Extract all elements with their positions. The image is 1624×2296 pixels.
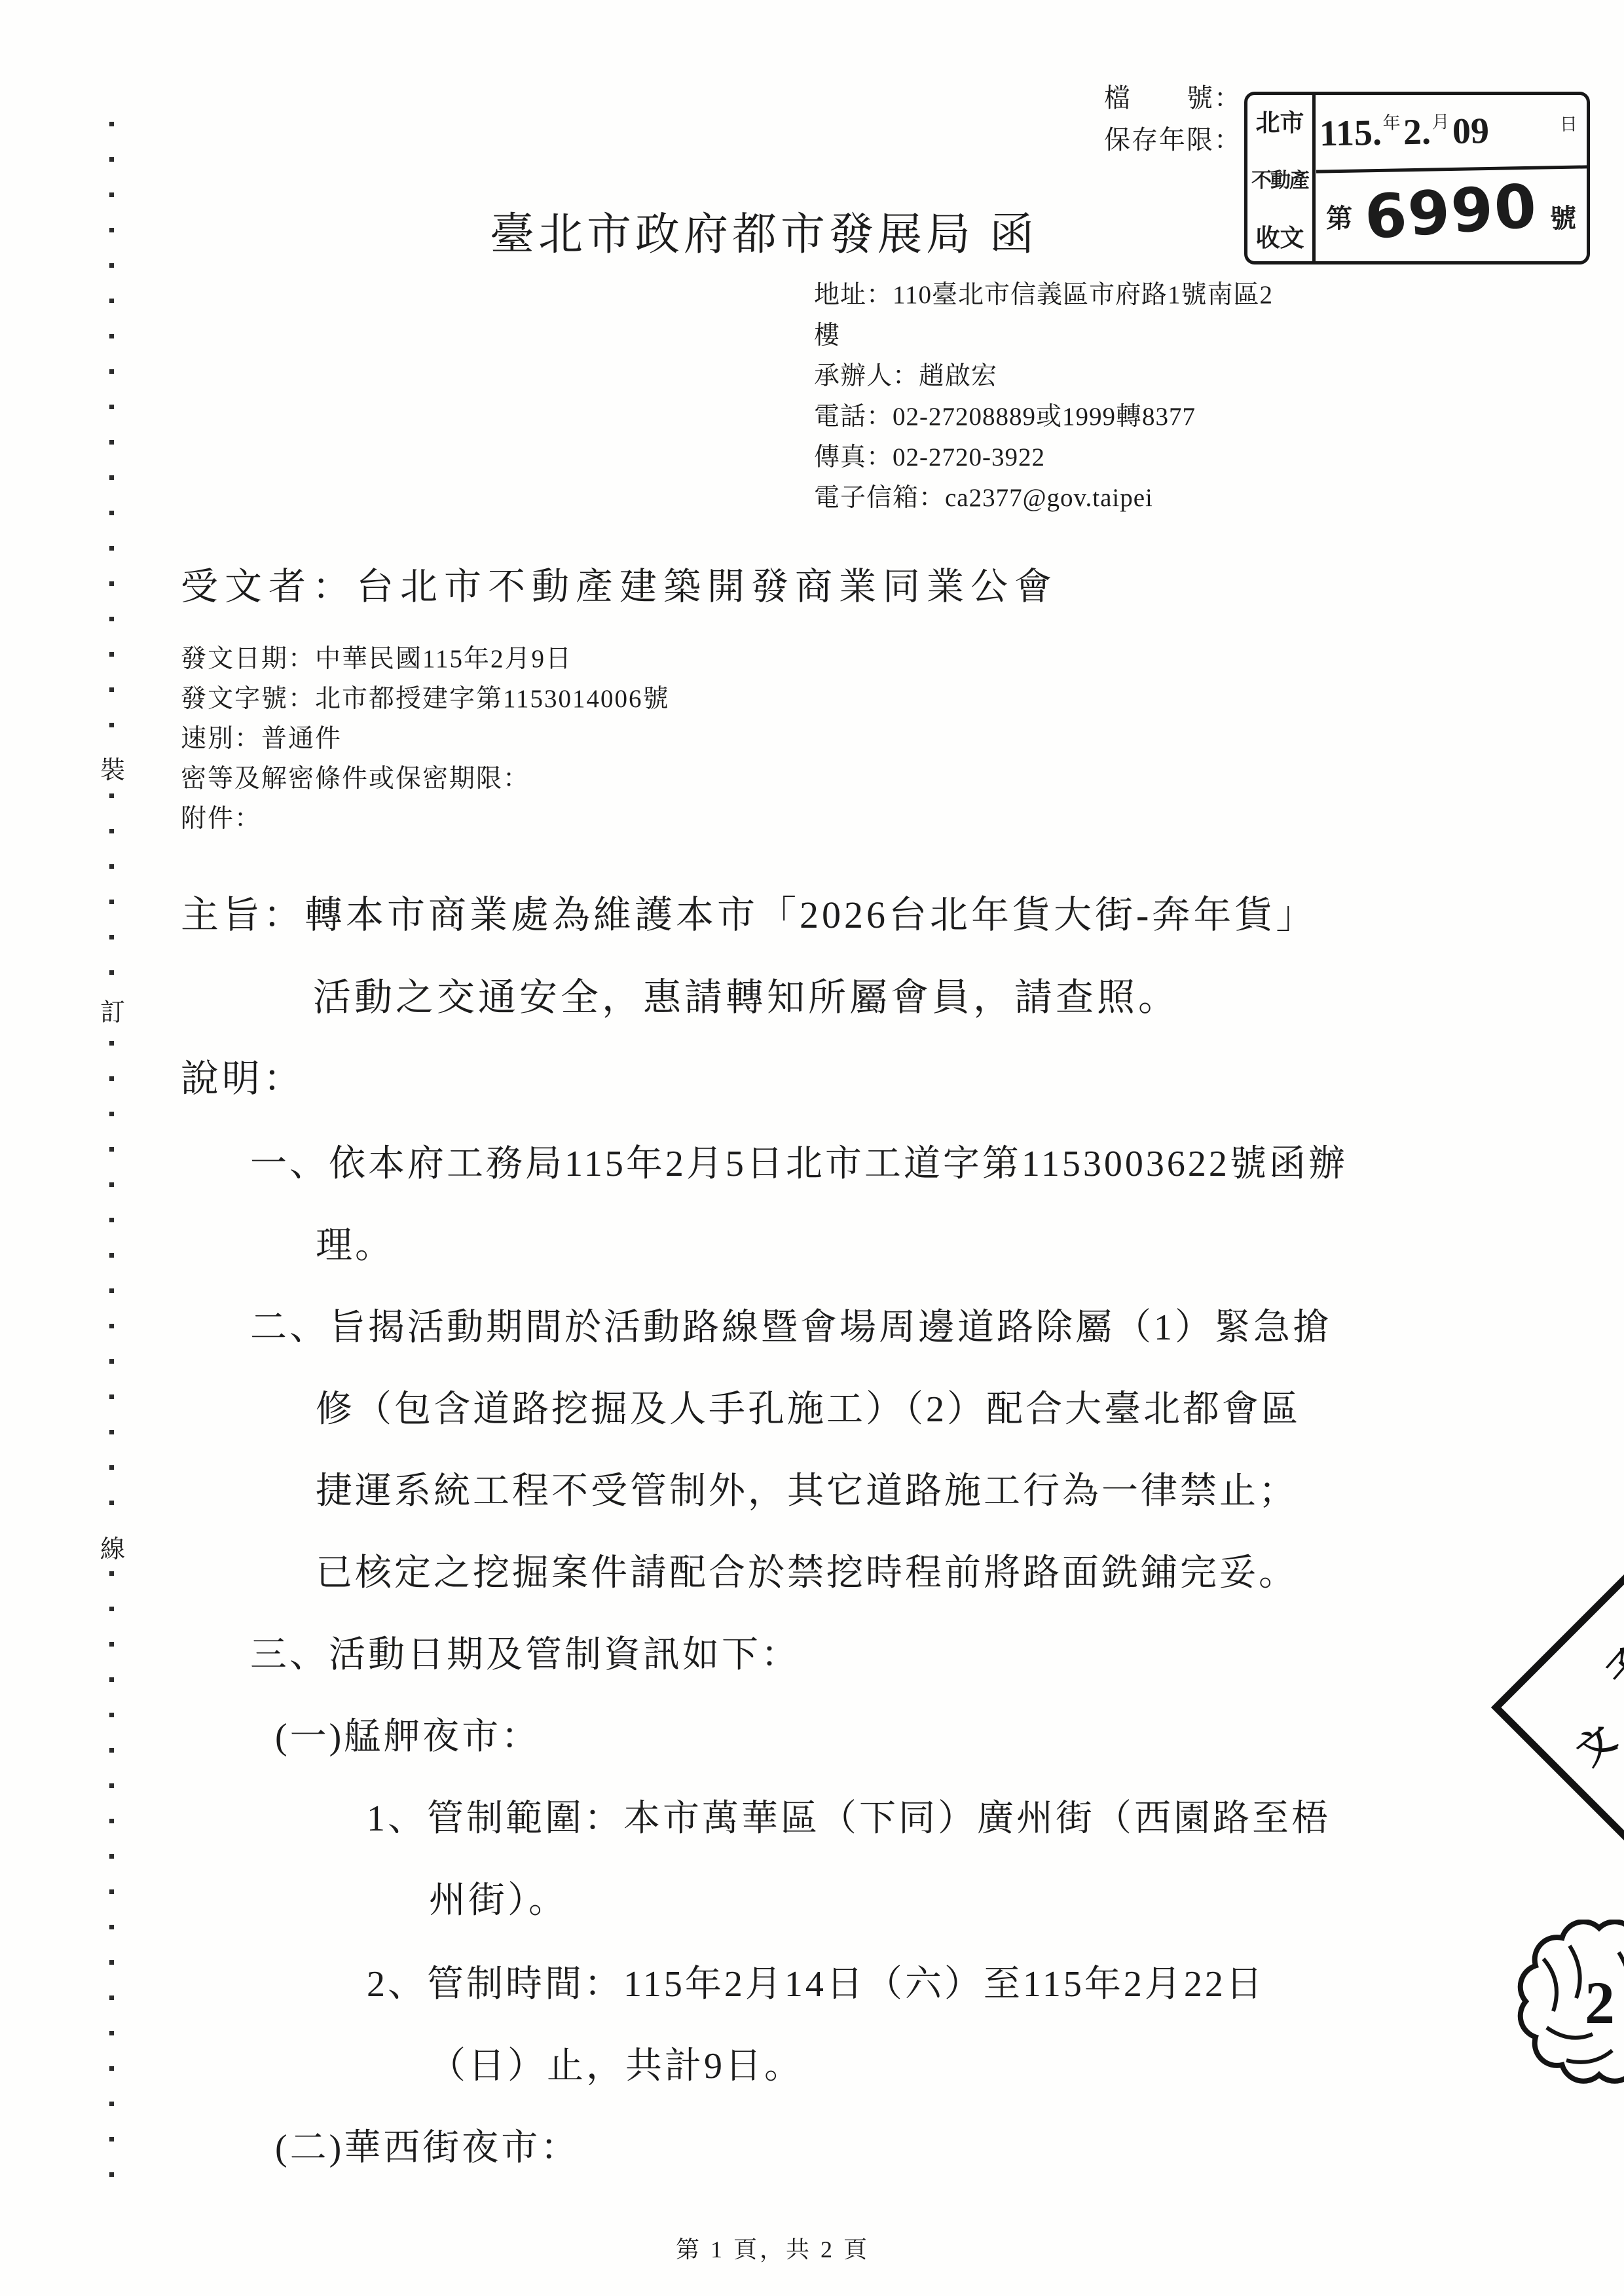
flower-stamp-hatch — [1543, 1959, 1557, 2011]
file-number-label: 檔 號： — [1104, 77, 1242, 115]
receipt-date-month: 2. — [1403, 111, 1431, 153]
flower-page-stamp: 2 — [1507, 1920, 1624, 2096]
edge-seam-stamp: 文 子 女 — [1491, 1569, 1624, 1846]
receipt-number-suffix: 號 — [1550, 198, 1576, 235]
body-line-12: （日）止，共計9日。 — [429, 2037, 803, 2089]
receipt-stamp-date-row: 115. 年 2. 月 09 日 — [1315, 92, 1587, 173]
receipt-stamp: 北市 不動產 收文 115. 年 2. 月 09 日 第 6990 號 — [1244, 92, 1590, 264]
receipt-date-year: 115. — [1319, 111, 1382, 155]
receipt-date-day-unit: 日 — [1559, 110, 1578, 136]
sender-email: 電子信箱：ca2377@gov.taipei — [814, 478, 1273, 519]
sender-address-line1: 地址：110臺北市信義區市府路1號南區2 — [814, 275, 1273, 316]
binding-dotted-line — [109, 122, 114, 2196]
body-line-3: 二、旨揭活動期間於活動路線暨會場周邊道路除屬（1）緊急搶 — [250, 1298, 1332, 1351]
body-line-6: 已核定之挖掘案件請配合於禁挖時程前將路面銑鋪完妥。 — [316, 1544, 1298, 1596]
sender-fax: 傳真：02-2720-3922 — [814, 437, 1273, 478]
issue-number-line: 發文字號：北市都授建字第1153014006號 — [181, 679, 670, 719]
body-line-10: 州街）。 — [429, 1871, 568, 1923]
receipt-stamp-org-top: 北市 — [1256, 103, 1304, 138]
document-meta-block: 發文日期：中華民國115年2月9日 發文字號：北市都授建字第1153014006… — [181, 639, 670, 839]
security-class-line: 密等及解密條件或保密期限： — [181, 759, 670, 799]
receipt-date-month-unit: 月 — [1431, 107, 1450, 133]
explanation-label: 說明： — [181, 1048, 304, 1102]
receipt-stamp-org-bottom: 收文 — [1256, 218, 1304, 253]
official-letter-page: 檔 號： 保存年限： 北市 不動產 收文 115. 年 2. 月 09 日 第 … — [0, 0, 1624, 2296]
attachment-line: 附件： — [181, 799, 670, 839]
sender-contact-person: 承辦人：趙啟宏 — [814, 356, 1273, 397]
receipt-number-value: 6990 — [1363, 170, 1540, 252]
edge-stamp-char: 文 — [1564, 1711, 1624, 1775]
sender-phone: 電話：02-27208889或1999轉8377 — [814, 397, 1273, 437]
body-line-2: 理。 — [316, 1216, 394, 1269]
receipt-number-prefix: 第 — [1326, 198, 1352, 235]
receipt-stamp-right: 115. 年 2. 月 09 日 第 6990 號 — [1316, 95, 1587, 261]
receipt-stamp-org-column: 北市 不動產 收文 — [1247, 95, 1316, 261]
sender-address-line2: 樓 — [814, 316, 1273, 356]
retention-period-label: 保存年限： — [1104, 119, 1242, 156]
body-line-1: 一、依本府工務局115年2月5日北市工道字第1153003622號函辦 — [250, 1135, 1348, 1187]
edge-stamp-char: 子 — [1593, 1635, 1624, 1697]
binding-mark-zhuang: 裝 — [96, 752, 129, 791]
receipt-stamp-number-row: 第 6990 號 — [1316, 171, 1587, 261]
document-title: 臺北市政府都市發展局 函 — [490, 199, 1038, 263]
body-line-7: 三、活動日期及管制資訊如下： — [250, 1626, 800, 1678]
body-line-5: 捷運系統工程不受管制外，其它道路施工行為一律禁止； — [316, 1462, 1298, 1514]
body-line-8: (一)艋舺夜市： — [275, 1707, 540, 1760]
body-line-11: 2、管制時間：115年2月14日（六）至115年2月22日 — [367, 1955, 1265, 2007]
page-number-footer: 第 1 頁，共 2 頁 — [0, 2231, 1545, 2265]
flower-stamp-number: 2 — [1585, 1969, 1615, 2036]
receipt-date-year-unit: 年 — [1382, 108, 1401, 134]
body-line-9: 1、管制範圍：本市萬華區（下同）廣州街（西園路至梧 — [367, 1789, 1331, 1842]
receipt-stamp-org-mid: 不動產 — [1251, 164, 1308, 193]
binding-mark-ding: 訂 — [96, 994, 129, 1033]
subject-line-1: 主旨：轉本市商業處為維護本市「2026台北年貨大街-奔年貨」 — [181, 884, 1317, 939]
flower-stamp-hatch — [1570, 1946, 1580, 1998]
flower-stamp-hatch — [1566, 2050, 1612, 2062]
recipient-line: 受文者：台北市不動產建築開發商業同業公會 — [181, 556, 1058, 610]
binding-mark-xian: 線 — [96, 1531, 129, 1570]
body-line-4: 修（包含道路挖掘及人手孔施工）（2）配合大臺北都會區 — [316, 1380, 1301, 1432]
flower-stamp-hatch — [1619, 1952, 1624, 2005]
sender-contact-block: 地址：110臺北市信義區市府路1號南區2 樓 承辦人：趙啟宏 電話：02-272… — [814, 275, 1273, 519]
speed-class-line: 速別：普通件 — [181, 719, 670, 759]
issue-date-line: 發文日期：中華民國115年2月9日 — [181, 639, 670, 679]
receipt-date-day: 09 — [1452, 109, 1489, 152]
body-line-13: (二)華西街夜市： — [275, 2119, 580, 2171]
subject-line-2: 活動之交通安全，惠請轉知所屬會員，請查照。 — [313, 966, 1179, 1021]
